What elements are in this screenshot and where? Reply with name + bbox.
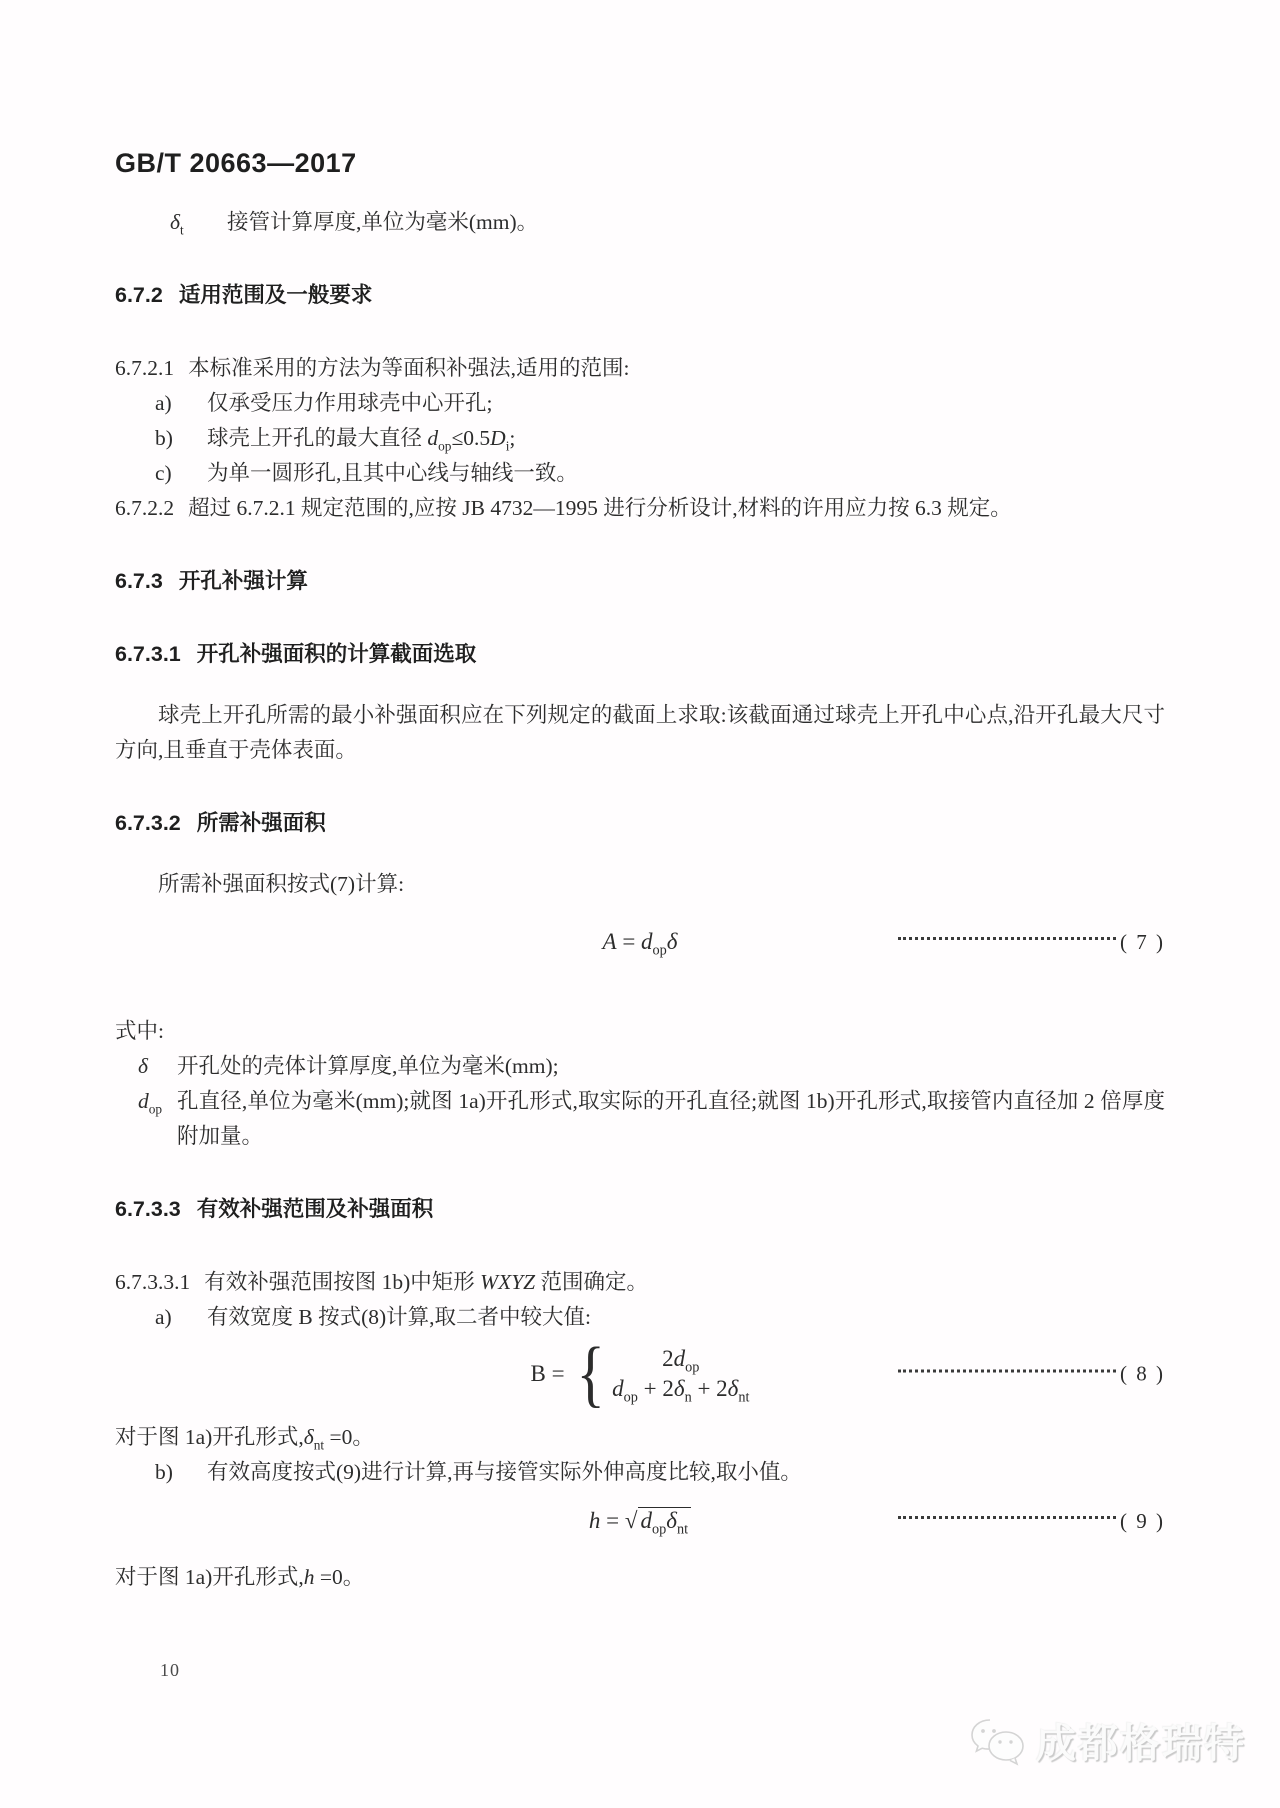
list-label: b) [155, 421, 207, 456]
clause-text: 超过 6.7.2.1 规定范围的,应按 JB 4732—1995 进行分析设计,… [188, 496, 1012, 520]
clause-6-7-2-1: 6.7.2.1本标准采用的方法为等面积补强法,适用的范围: [115, 351, 1165, 386]
section-number: 6.7.3.1 [115, 642, 181, 666]
list-label: c) [155, 456, 207, 491]
list-item-b: b) 球壳上开孔的最大直径 dop≤0.5Di; [155, 421, 1165, 456]
section-title: 开孔补强面积的计算截面选取 [197, 642, 477, 666]
section-heading-6-7-2: 6.7.2适用范围及一般要求 [115, 278, 1165, 313]
list-text: 为单一圆形孔,且其中心线与轴线一致。 [207, 456, 1165, 491]
equation-9-row: h = √dopδnt ( 9 ) [115, 1494, 1165, 1548]
standard-number-header: GB/T 20663—2017 [115, 148, 1165, 179]
equation-number: ( 7 ) [1120, 914, 1165, 970]
list-text: 有效高度按式(9)进行计算,再与接管实际外伸高度比较,取小值。 [207, 1455, 1165, 1490]
clause-text: 有效补强范围按图 1b)中矩形 WXYZ 范围确定。 [204, 1270, 648, 1294]
list-text: 有效宽度 B 按式(8)计算,取二者中较大值: [207, 1300, 1165, 1335]
section-number: 6.7.2 [115, 283, 163, 307]
section-title: 开孔补强计算 [179, 569, 308, 593]
section-title: 适用范围及一般要求 [179, 283, 373, 307]
section-number: 6.7.3.2 [115, 811, 181, 835]
equation-7-reference: ( 7 ) [898, 914, 1165, 970]
dotted-leader [898, 936, 1116, 940]
equation-9-formula: h = √dopδnt [589, 1507, 691, 1533]
dotted-leader [898, 1515, 1116, 1519]
equation-8-case-bottom: dop + 2δn + 2δnt [612, 1376, 749, 1402]
section-number: 6.7.3.3 [115, 1197, 181, 1221]
list-text: 球壳上开孔的最大直径 dop≤0.5Di; [207, 421, 1165, 456]
clause-text: 本标准采用的方法为等面积补强法,适用的范围: [188, 356, 629, 380]
symbol-note-text: 接管计算厚度,单位为毫米(mm)。 [227, 205, 1165, 240]
equation-number: ( 9 ) [1120, 1494, 1165, 1548]
equation-8-lhs: B = [531, 1361, 565, 1387]
section-heading-6-7-3: 6.7.3开孔补强计算 [115, 564, 1165, 599]
section-title: 所需补强面积 [197, 811, 326, 835]
symbol-delta-t: δt [170, 205, 227, 240]
clause-number: 6.7.3.3.1 [115, 1270, 190, 1294]
equation-8-reference: ( 8 ) [898, 1362, 1165, 1387]
symbol-d-op: dop [138, 1084, 177, 1119]
equation-9-radicand: dopδnt [638, 1507, 692, 1533]
definition-row-dop: dop 孔直径,单位为毫米(mm);就图 1a)开孔形式,取实际的开孔直径;就图… [138, 1084, 1165, 1154]
equation-8-formula: B = { 2dop dop + 2δn + 2δnt [531, 1341, 750, 1408]
brace-symbol: { [576, 1341, 604, 1408]
section-heading-6-7-3-1: 6.7.3.1开孔补强面积的计算截面选取 [115, 637, 1165, 672]
section-heading-6-7-3-3: 6.7.3.3有效补强范围及补强面积 [115, 1192, 1165, 1227]
equation-7-row: A = dopδ ( 7 ) [115, 914, 1165, 970]
equation-7-intro: 所需补强面积按式(7)计算: [115, 867, 1165, 902]
list-label: a) [155, 1300, 207, 1335]
watermark-text: 成都格瑞特 [1036, 1712, 1246, 1769]
list-item-height: b) 有效高度按式(9)进行计算,再与接管实际外伸高度比较,取小值。 [155, 1455, 1165, 1490]
document-page: GB/T 20663—2017 δt 接管计算厚度,单位为毫米(mm)。 6.7… [0, 0, 1280, 1808]
equation-number: ( 8 ) [1120, 1362, 1165, 1387]
equation-9-lhs: h = √ [589, 1508, 638, 1533]
list-item-c: c) 为单一圆形孔,且其中心线与轴线一致。 [155, 456, 1165, 491]
section-title: 有效补强范围及补强面积 [197, 1197, 434, 1221]
paragraph-6-7-3-1-body: 球壳上开孔所需的最小补强面积应在下列规定的截面上求取:该截面通过球壳上开孔中心点… [115, 698, 1165, 768]
equation-8-row: B = { 2dop dop + 2δn + 2δnt ( 8 ) [115, 1341, 1165, 1408]
watermark: 成都格瑞特 [970, 1712, 1246, 1769]
equation-9-reference: ( 9 ) [898, 1494, 1165, 1548]
section-number: 6.7.3 [115, 569, 163, 593]
list-item-a: a) 仅承受压力作用球壳中心开孔; [155, 386, 1165, 421]
note-after-equation-8: 对于图 1a)开孔形式,δnt =0。 [115, 1420, 1165, 1455]
wechat-icon [970, 1716, 1026, 1766]
definition-text: 开孔处的壳体计算厚度,单位为毫米(mm); [177, 1049, 1165, 1084]
list-label: b) [155, 1455, 207, 1490]
definition-row-delta: δ 开孔处的壳体计算厚度,单位为毫米(mm); [138, 1049, 1165, 1084]
section-heading-6-7-3-2: 6.7.3.2所需补强面积 [115, 806, 1165, 841]
note-after-equation-9: 对于图 1a)开孔形式,h =0。 [115, 1560, 1165, 1595]
clause-6-7-3-3-1: 6.7.3.3.1有效补强范围按图 1b)中矩形 WXYZ 范围确定。 [115, 1265, 1165, 1300]
list-label: a) [155, 386, 207, 421]
equation-8-case-top: 2dop [662, 1346, 699, 1372]
clause-6-7-2-2: 6.7.2.2超过 6.7.2.1 规定范围的,应按 JB 4732—1995 … [115, 491, 1165, 526]
clause-number: 6.7.2.2 [115, 496, 174, 520]
where-label: 式中: [115, 1014, 1165, 1049]
equation-8-cases: 2dop dop + 2δn + 2δnt [612, 1346, 749, 1402]
definition-text: 孔直径,单位为毫米(mm);就图 1a)开孔形式,取实际的开孔直径;就图 1b)… [177, 1084, 1165, 1154]
symbol-note-row: δt 接管计算厚度,单位为毫米(mm)。 [170, 205, 1165, 240]
page-number: 10 [160, 1660, 180, 1681]
list-item-width: a) 有效宽度 B 按式(8)计算,取二者中较大值: [155, 1300, 1165, 1335]
equation-7-formula: A = dopδ [603, 929, 678, 954]
list-text: 仅承受压力作用球壳中心开孔; [207, 386, 1165, 421]
symbol-delta: δ [138, 1049, 177, 1084]
dotted-leader [898, 1368, 1116, 1372]
clause-number: 6.7.2.1 [115, 356, 174, 380]
